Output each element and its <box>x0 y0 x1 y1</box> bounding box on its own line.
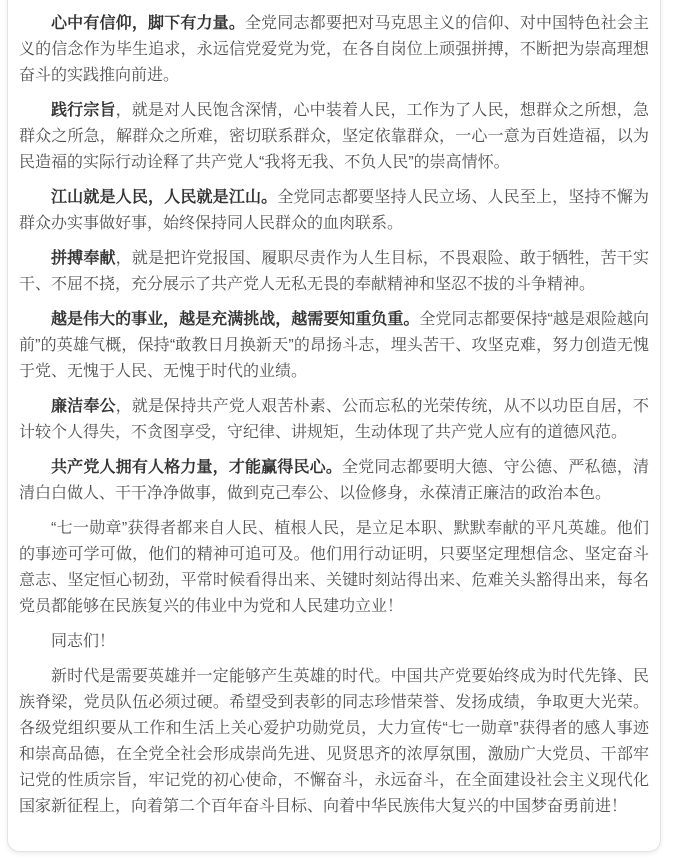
paragraph: 拼搏奉献，就是把许党报国、履职尽责作为人生目标，不畏艰险、敢于牺牲，苦干实干、不… <box>19 246 649 298</box>
article-card: 心中有信仰，脚下有力量。全党同志都要把对马克思主义的信仰、对中国特色社会主义的信… <box>7 0 661 852</box>
paragraph-body: “七一勋章”获得者都来自人民、植根人民，是立足本职、默默奉献的平凡英雄。他们的事… <box>19 520 649 615</box>
paragraph-lead: 拼搏奉献 <box>51 250 116 267</box>
paragraph: 廉洁奉公，就是保持共产党人艰苦朴素、公而忘私的光荣传统，从不以功臣自居，不计较个… <box>19 394 649 446</box>
paragraph-body: 同志们！ <box>51 633 115 650</box>
paragraph: 新时代是需要英雄并一定能够产生英雄的时代。中国共产党要始终成为时代先锋、民族脊梁… <box>19 664 649 820</box>
paragraph-lead: 践行宗旨 <box>51 102 116 119</box>
paragraph: 江山就是人民，人民就是江山。全党同志都要坚持人民立场、人民至上，坚持不懈为群众办… <box>19 185 649 237</box>
paragraph-lead: 心中有信仰，脚下有力量。 <box>51 15 245 32</box>
paragraph-lead: 越是伟大的事业，越是充满挑战，越需要知重负重。 <box>51 311 419 328</box>
paragraph-lead: 廉洁奉公 <box>51 398 116 415</box>
paragraph: 同志们！ <box>19 629 649 655</box>
paragraph: 心中有信仰，脚下有力量。全党同志都要把对马克思主义的信仰、对中国特色社会主义的信… <box>19 11 649 89</box>
paragraph: “七一勋章”获得者都来自人民、植根人民，是立足本职、默默奉献的平凡英雄。他们的事… <box>19 516 649 620</box>
paragraph-body: 新时代是需要英雄并一定能够产生英雄的时代。中国共产党要始终成为时代先锋、民族脊梁… <box>19 668 649 815</box>
paragraph-lead: 共产党人拥有人格力量，才能赢得民心。 <box>51 459 342 476</box>
paragraph-lead: 江山就是人民，人民就是江山。 <box>51 189 277 206</box>
paragraph: 践行宗旨，就是对人民饱含深情，心中装着人民，工作为了人民，想群众之所想，急群众之… <box>19 98 649 176</box>
paragraph: 共产党人拥有人格力量，才能赢得民心。全党同志都要明大德、守公德、严私德，清清白白… <box>19 455 649 507</box>
paragraph: 越是伟大的事业，越是充满挑战，越需要知重负重。全党同志都要保持“越是艰险越向前”… <box>19 307 649 385</box>
